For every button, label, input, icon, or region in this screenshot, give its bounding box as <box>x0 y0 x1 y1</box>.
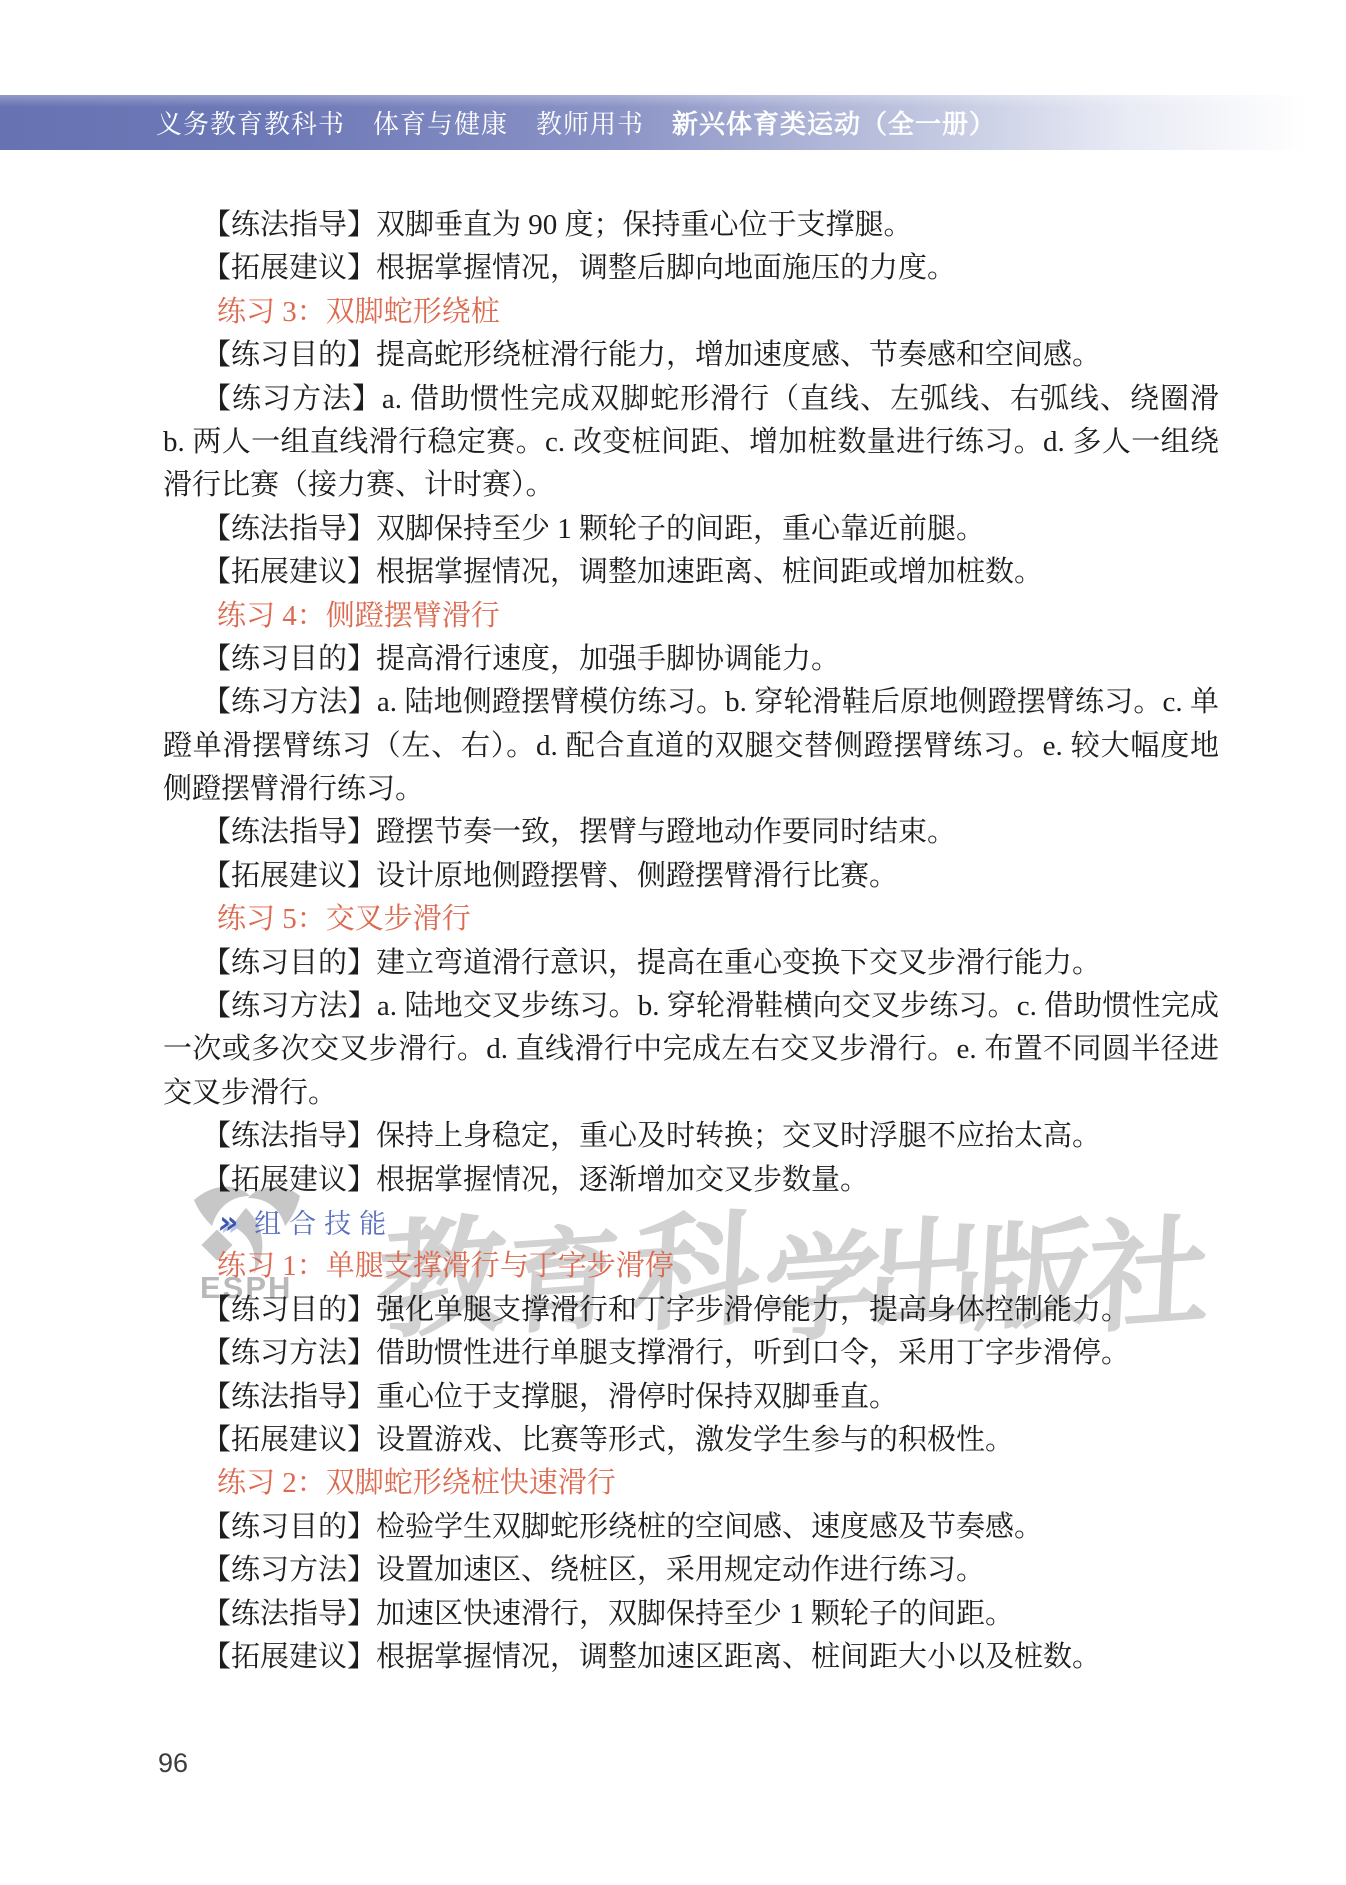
exercise-heading: 练习 5：交叉步滑行 <box>163 898 1219 941</box>
section-header-label: 组合技能 <box>254 1209 394 1239</box>
text-line: 【练习目的】强化单腿支撑滑行和丁字步滑停能力，提高身体控制能力。 <box>163 1289 1219 1332</box>
text-line: 【练习方法】借助惯性进行单腿支撑滑行，听到口令，采用丁字步滑停。 <box>163 1332 1219 1375</box>
text-line: 【练法指导】双脚垂直为 90 度；保持重心位于支撑腿。 <box>163 204 1219 247</box>
section-header-line: »组合技能 <box>163 1202 1219 1245</box>
text-line: 【拓展建议】根据掌握情况，逐渐增加交叉步数量。 <box>163 1159 1219 1202</box>
header-title-segment: 义务教育教科书 <box>156 104 345 141</box>
textbook-page: ESPH 教育科学出版社 义务教育教科书体育与健康教师用书新兴体育类运动（全一册… <box>0 0 1346 1885</box>
text-line: 【练习方法】设置加速区、绕桩区，采用规定动作进行练习。 <box>163 1549 1219 1592</box>
text-line: 滑行比赛（接力赛、计时赛）。 <box>163 464 1219 507</box>
text-line: 【练法指导】蹬摆节奏一致，摆臂与蹬地动作要同时结束。 <box>163 811 1219 854</box>
text-line: 【练习目的】建立弯道滑行意识，提高在重心变换下交叉步滑行能力。 <box>163 942 1219 985</box>
text-line: 一次或多次交叉步滑行。d. 直线滑行中完成左右交叉步滑行。e. 布置不同圆半径进… <box>163 1028 1219 1071</box>
text-line: 【练法指导】双脚保持至少 1 颗轮子的间距，重心靠近前腿。 <box>163 508 1219 551</box>
text-line: 【拓展建议】设计原地侧蹬摆臂、侧蹬摆臂滑行比赛。 <box>163 855 1219 898</box>
exercise-heading: 练习 1：单腿支撑滑行与丁字步滑停 <box>163 1245 1219 1288</box>
text-line: 【拓展建议】根据掌握情况，调整加速距离、桩间距或增加桩数。 <box>163 551 1219 594</box>
text-line: 【练习方法】a. 陆地交叉步练习。b. 穿轮滑鞋横向交叉步练习。c. 借助惯性完… <box>163 985 1219 1028</box>
double-chevron-icon: » <box>218 1202 238 1245</box>
page-header-band: 义务教育教科书体育与健康教师用书新兴体育类运动（全一册） <box>0 95 1346 150</box>
exercise-heading: 练习 3：双脚蛇形绕桩 <box>163 291 1219 334</box>
text-line: 【练习目的】检验学生双脚蛇形绕桩的空间感、速度感及节奏感。 <box>163 1506 1219 1549</box>
text-line: 【拓展建议】根据掌握情况，调整后脚向地面施压的力度。 <box>163 247 1219 290</box>
text-line: 交叉步滑行。 <box>163 1072 1219 1115</box>
text-line: 蹬单滑摆臂练习（左、右）。d. 配合直道的双腿交替侧蹬摆臂练习。e. 较大幅度地… <box>163 725 1219 768</box>
text-line: 【练习方法】a. 陆地侧蹬摆臂模仿练习。b. 穿轮滑鞋后原地侧蹬摆臂练习。c. … <box>163 681 1219 724</box>
text-line: 【练法指导】加速区快速滑行，双脚保持至少 1 颗轮子的间距。 <box>163 1593 1219 1636</box>
text-line: 【拓展建议】设置游戏、比赛等形式，激发学生参与的积极性。 <box>163 1419 1219 1462</box>
text-line: 【练习目的】提高蛇形绕桩滑行能力，增加速度感、节奏感和空间感。 <box>163 334 1219 377</box>
text-line: 【练法指导】保持上身稳定，重心及时转换；交叉时浮腿不应抬太高。 <box>163 1115 1219 1158</box>
text-line: 【练习目的】提高滑行速度，加强手脚协调能力。 <box>163 638 1219 681</box>
text-line: 侧蹬摆臂滑行练习。 <box>163 768 1219 811</box>
header-title-segment: 新兴体育类运动（全一册） <box>672 104 996 141</box>
main-text-block: 【练法指导】双脚垂直为 90 度；保持重心位于支撑腿。【拓展建议】根据掌握情况，… <box>163 204 1219 1679</box>
text-line: 【练法指导】重心位于支撑腿，滑停时保持双脚垂直。 <box>163 1376 1219 1419</box>
text-line: 【练习方法】a. 借助惯性完成双脚蛇形滑行（直线、左弧线、右弧线、绕圈滑行）。 <box>163 378 1219 421</box>
header-title-segment: 教师用书 <box>536 104 644 141</box>
page-number: 96 <box>158 1748 188 1779</box>
exercise-heading: 练习 4：侧蹬摆臂滑行 <box>163 595 1219 638</box>
text-line: b. 两人一组直线滑行稳定赛。c. 改变桩间距、增加桩数量进行练习。d. 多人一… <box>163 421 1219 464</box>
exercise-heading: 练习 2：双脚蛇形绕桩快速滑行 <box>163 1462 1219 1505</box>
text-line: 【拓展建议】根据掌握情况，调整加速区距离、桩间距大小以及桩数。 <box>163 1636 1219 1679</box>
header-title-segment: 体育与健康 <box>373 104 508 141</box>
